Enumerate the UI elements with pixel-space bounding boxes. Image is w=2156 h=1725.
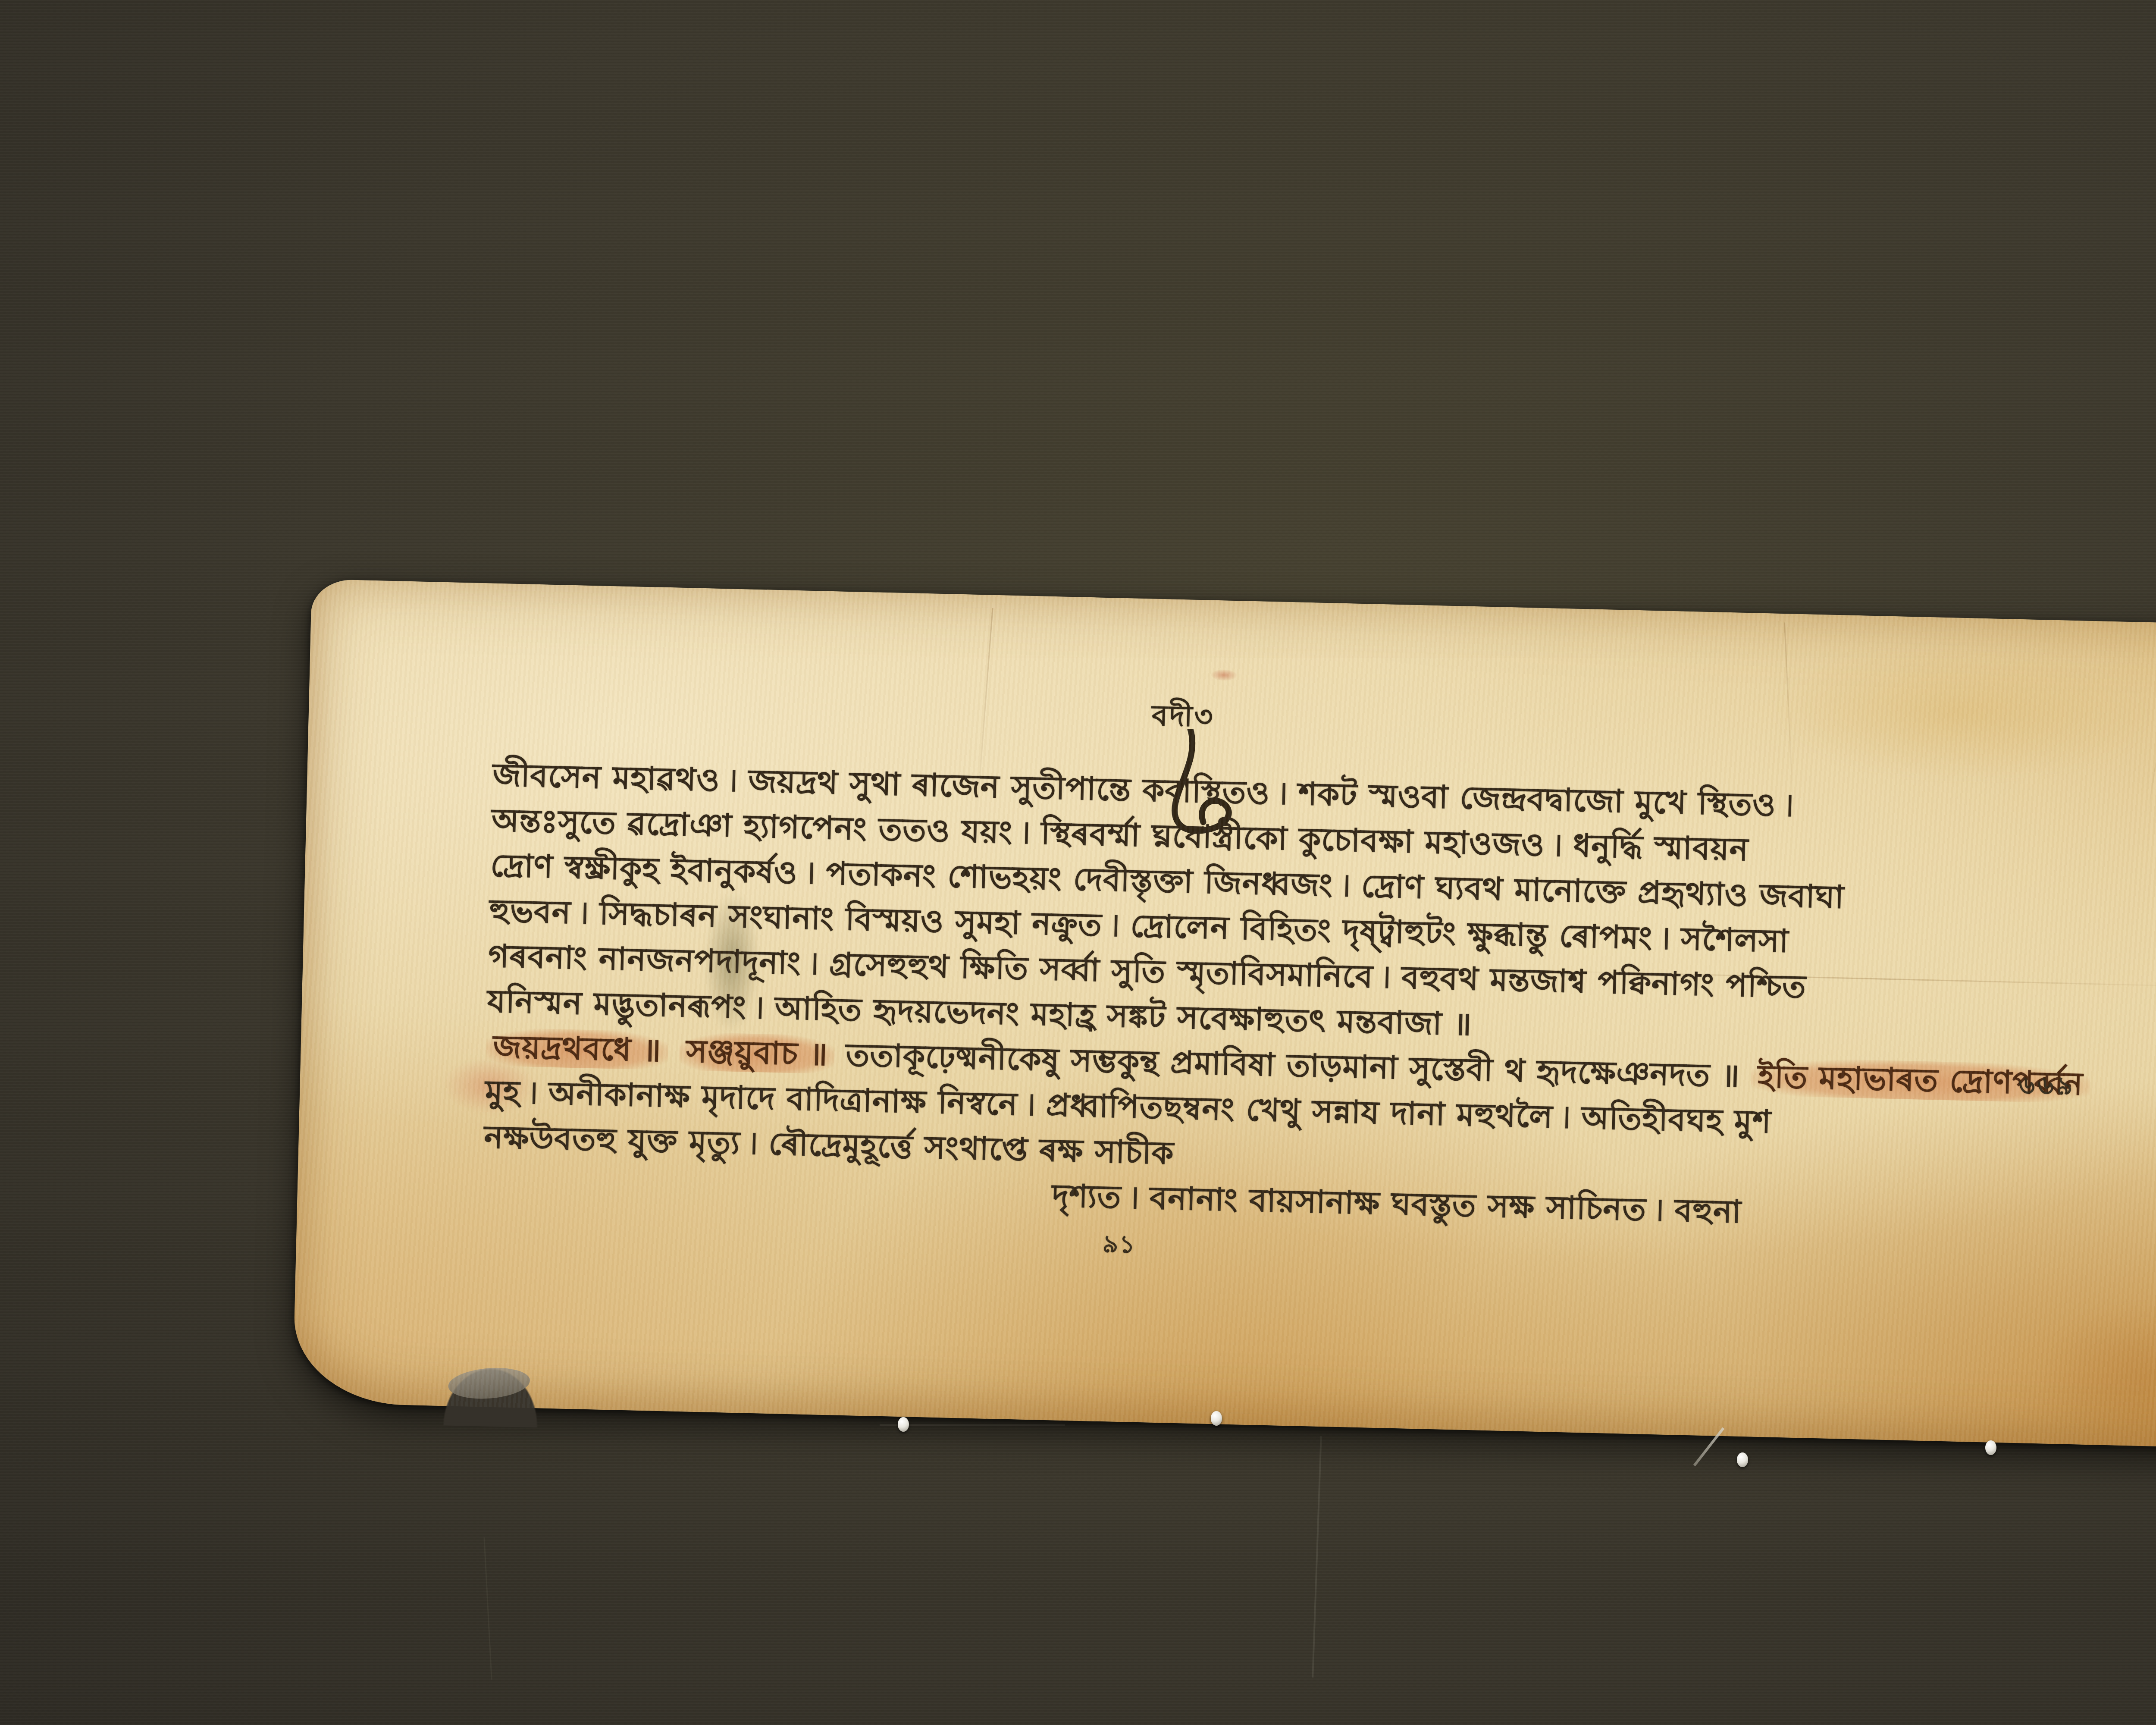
backdrop-scratch [1312,1436,1322,1678]
mounting-pin [1211,1411,1222,1426]
torn-notch [434,1356,548,1428]
mounting-pin [1985,1440,1996,1455]
age-stain [2038,1301,2156,1452]
manuscript-leaf: বদী৩ জীবসেন মহাৱথও ৷ জয়দ্রথ সুথা ৰাজেন … [292,579,2156,1448]
paper-chip [447,1365,531,1402]
backdrop-scratch [483,1537,492,1680]
photograph-backdrop: বদী৩ জীবসেন মহাৱথও ৷ জয়দ্রথ সুথা ৰাজেন … [0,0,2156,1725]
header-mark: বদী৩ [1151,693,1215,742]
age-stain [1765,639,2156,786]
paper-crease [1784,622,1793,803]
bottom-mark: ৯১ [1102,1225,1136,1267]
mounting-pin [1737,1452,1748,1467]
mounting-pin [898,1417,909,1432]
text-block: জীবসেন মহাৱথও ৷ জয়দ্রথ সুথা ৰাজেন সুতীপ… [483,753,2156,1246]
folio-number: ৬৬৯ [2018,1066,2075,1109]
rubricated-text: জয়দ্রথবধে ॥ [486,1027,669,1070]
red-speck [1211,669,1237,681]
rubricated-text: সঞ্জয়ুবাচ ॥ [679,1032,835,1074]
